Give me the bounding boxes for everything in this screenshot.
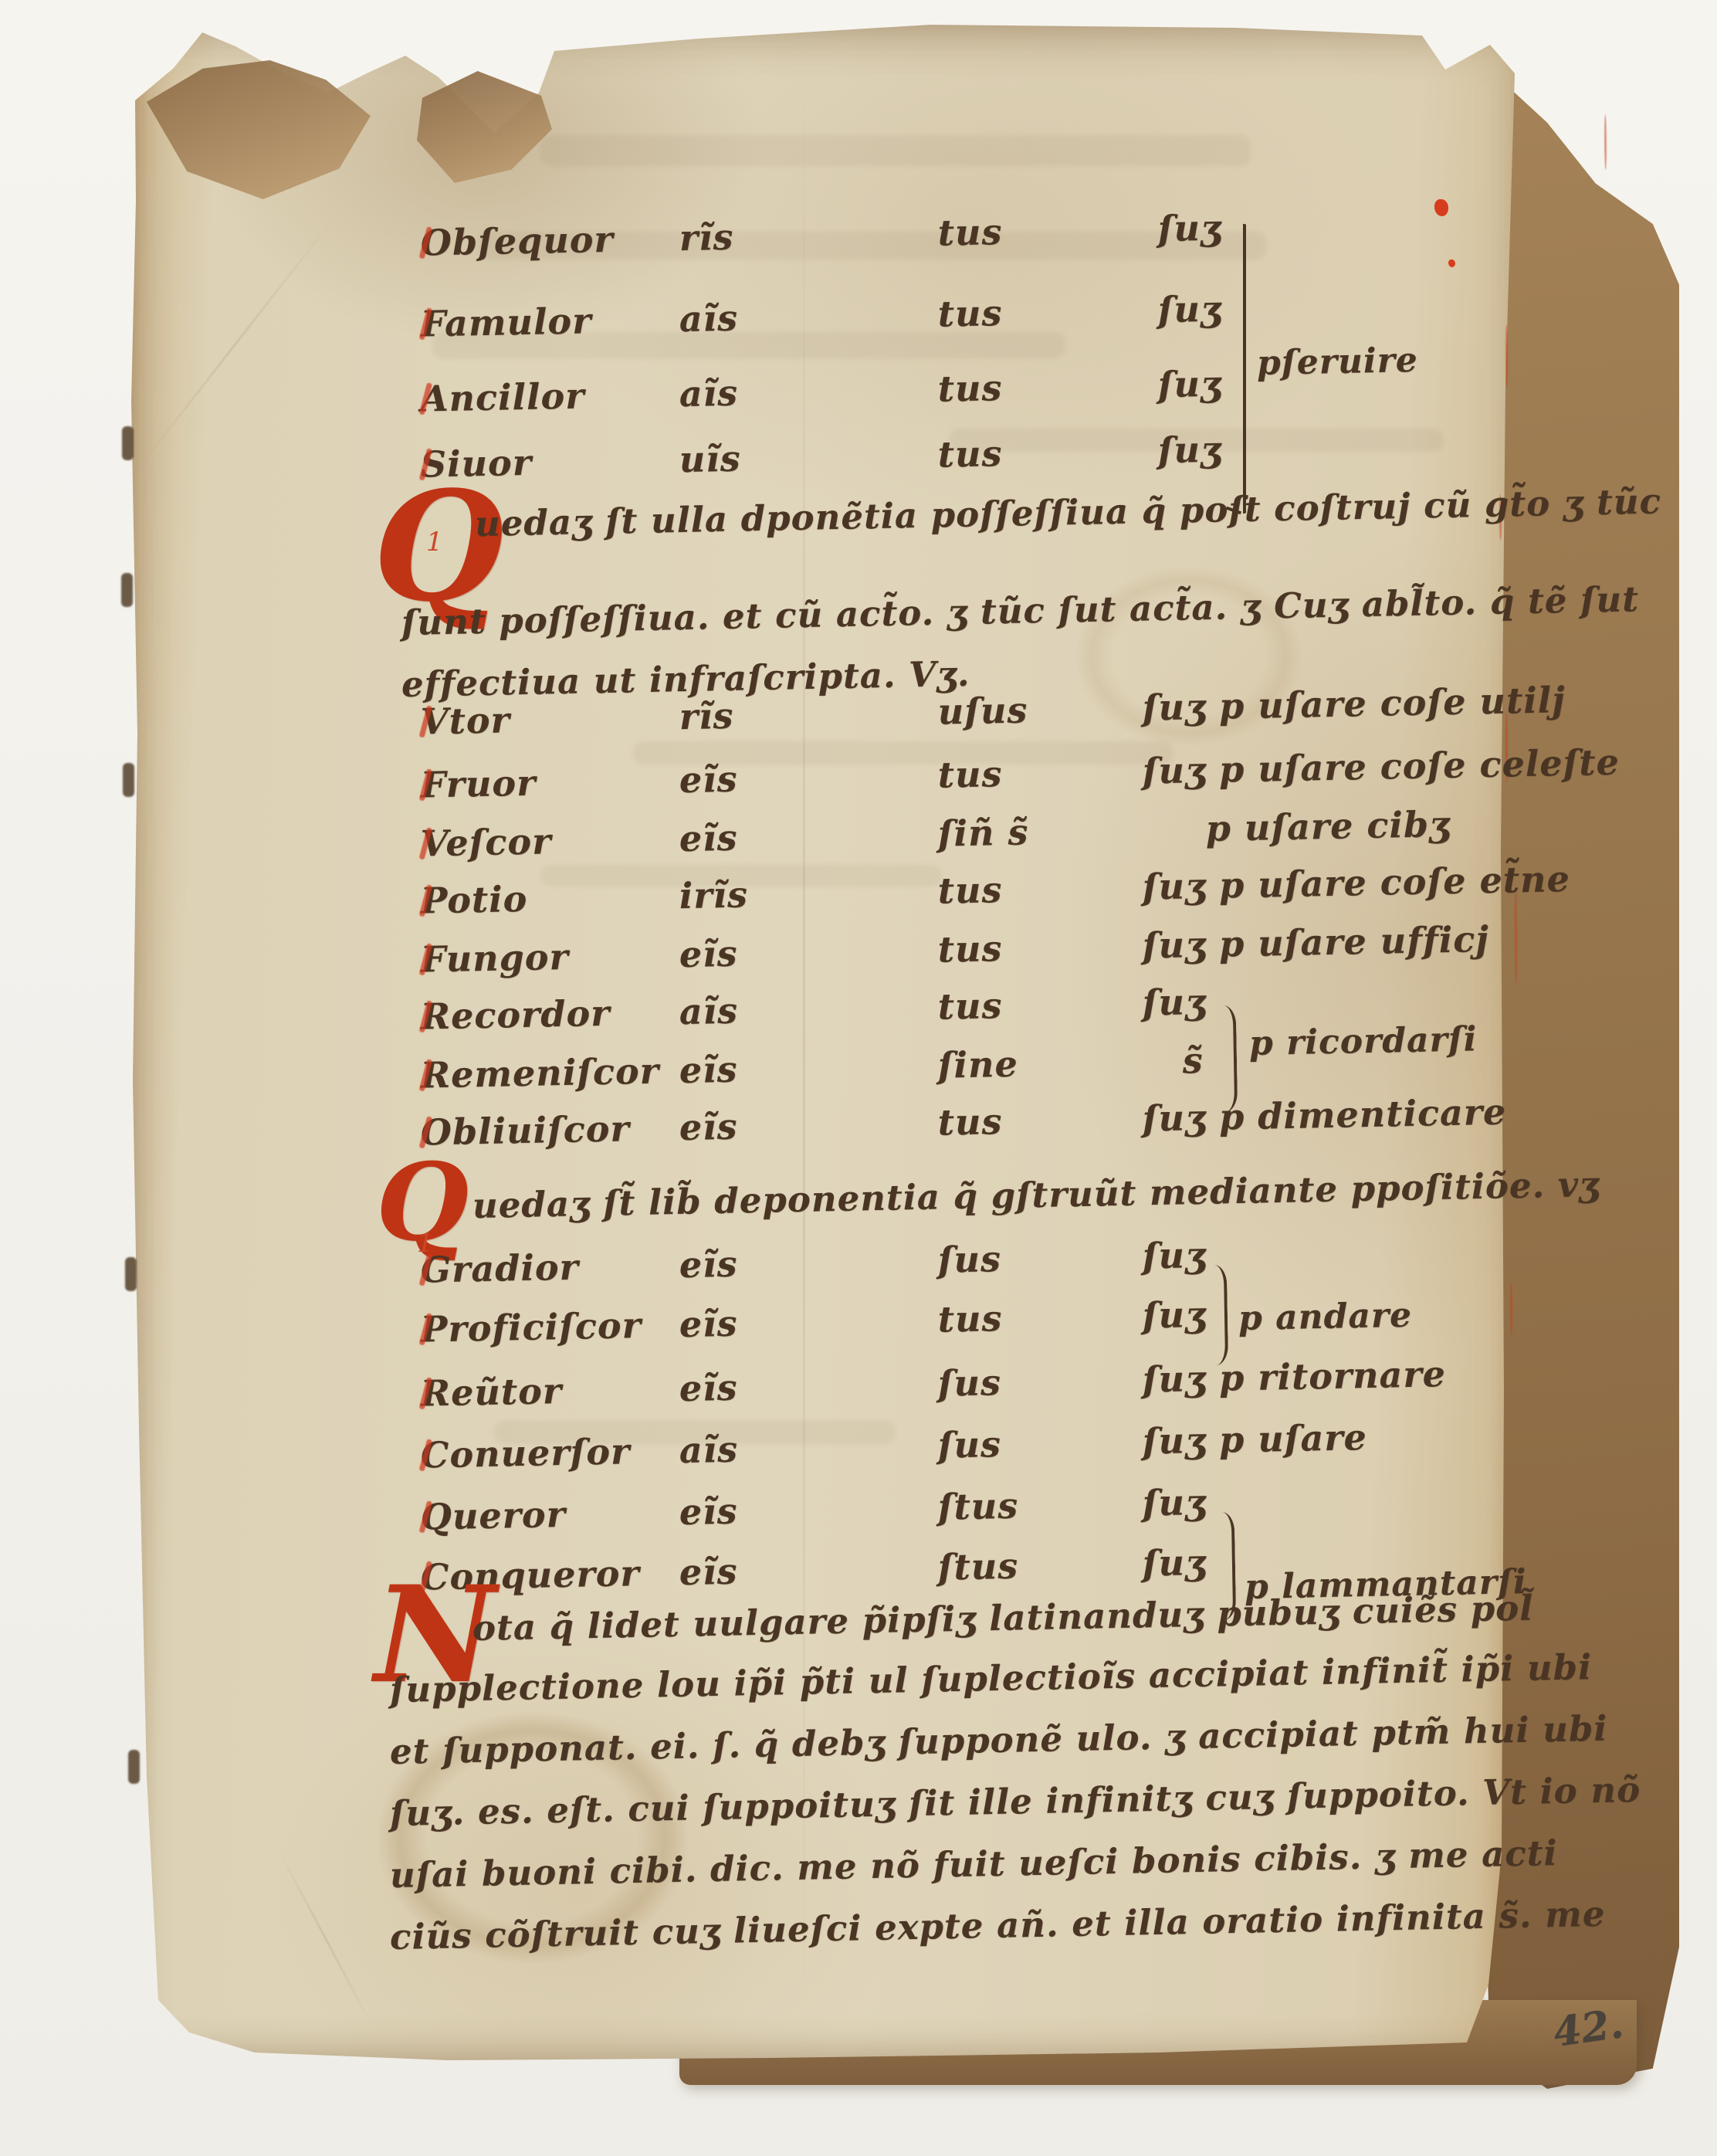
bracket-gloss: pſeruire [1257, 341, 1419, 383]
verb-cell: Famulor [420, 300, 591, 344]
red-margin-mark [1604, 114, 1607, 170]
supine-cell: ſus [937, 1238, 1001, 1281]
verb-cell: Fungor [420, 936, 569, 981]
bracket [1235, 224, 1246, 514]
verb-cell: Fruor [420, 762, 536, 806]
aux-cell: ſuʒ [1157, 207, 1221, 250]
supine-cell: ſus [937, 1361, 1001, 1405]
supine-cell: uſus [937, 689, 1028, 732]
supine-cell: tus [937, 432, 1003, 476]
ending-cell: uĩs [679, 438, 741, 481]
ending-cell: eĩs [679, 1551, 738, 1593]
gloss-cell: ſuʒ p uſare coſe utilj [1142, 679, 1566, 729]
ending-cell: eĩs [679, 817, 738, 859]
supine-cell: tus [937, 869, 1003, 912]
verb-cell: Remeniſcor [420, 1050, 659, 1097]
supine-cell: tus [937, 292, 1003, 335]
gloss-cell: ſuʒ p dimenticare [1142, 1091, 1507, 1140]
ending-cell: aĩs [679, 990, 738, 1032]
supine-cell: tus [937, 753, 1003, 796]
folio-number: 42. [1550, 2000, 1626, 2056]
showthrough [540, 135, 1251, 166]
aux-cell: ſuʒ [1157, 363, 1221, 406]
supine-cell: tus [937, 367, 1003, 410]
aux-cell: ſuʒ [1142, 1293, 1206, 1337]
guide-letter: 1 [426, 527, 443, 558]
supine-cell: ſtus [937, 1485, 1018, 1528]
aux-cell: ſuʒ [1157, 288, 1221, 331]
sewing-stub [128, 1750, 140, 1784]
verb-cell: Gradior [420, 1246, 579, 1291]
gloss-cell: p uſare cibʒ [1205, 803, 1450, 849]
ending-cell: aĩs [679, 1429, 738, 1471]
verb-cell: Queror [420, 1493, 566, 1538]
sewing-stub [121, 573, 133, 607]
ending-cell: rĩs [679, 216, 734, 259]
verb-cell: Conuerſor [420, 1430, 630, 1476]
ending-cell: aĩs [679, 297, 738, 340]
bracket-gloss: p andare [1238, 1296, 1413, 1338]
verb-cell: Potio [420, 878, 527, 922]
verb-cell: Recordor [420, 992, 611, 1038]
verb-cell: Ancillor [420, 375, 584, 419]
aux-cell: ſuʒ [1157, 429, 1221, 472]
verb-cell: Obſequor [420, 219, 614, 264]
aux-cell: ſuʒ [1142, 1481, 1206, 1524]
supine-cell: ſtus [937, 1545, 1018, 1588]
ending-cell: eĩs [679, 1303, 738, 1345]
water-stain [1042, 541, 1336, 772]
gloss-cell: ſuʒ p uſare ufficj [1142, 918, 1489, 967]
supine-cell: tus [937, 211, 1003, 254]
verb-cell: Veſcor [420, 820, 551, 864]
aux-cell: ſuʒ [1142, 1234, 1206, 1277]
gloss-cell: ſuʒ p uſare coſe celeſte [1142, 741, 1620, 792]
supine-cell: ſus [937, 1423, 1001, 1466]
verb-cell: Proficiſcor [420, 1304, 642, 1350]
ending-cell: eĩs [679, 1049, 738, 1091]
aux-cell: ſuʒ [1142, 1541, 1206, 1585]
ending-cell: rĩs [679, 695, 734, 737]
ending-cell: eĩs [679, 1367, 738, 1409]
ending-cell: eĩs [679, 1490, 738, 1533]
bracket [1210, 1265, 1228, 1365]
gloss-cell: ſuʒ p ritornare [1142, 1353, 1446, 1401]
aux-cell: s̃ [1182, 1039, 1204, 1082]
ending-cell: aĩs [679, 372, 738, 415]
verb-cell: Vtor [420, 699, 510, 742]
guide-letter: 1 [417, 1228, 434, 1259]
bracket [1219, 1005, 1238, 1112]
ending-cell: irĩs [679, 873, 748, 917]
ending-cell: eĩs [679, 933, 738, 975]
supine-cell: ſine [937, 1043, 1018, 1086]
gloss-cell: ſuʒ p uſare coſe et̃ne [1142, 858, 1570, 908]
ending-cell: eĩs [679, 1243, 738, 1286]
supine-cell: tus [937, 1100, 1003, 1144]
manuscript-photo: Obſequor rĩs tus ſuʒ Famulor aĩs tus ſuʒ… [0, 0, 1717, 2156]
supine-cell: tus [937, 1297, 1003, 1341]
red-ink-spot [1448, 259, 1455, 267]
ending-cell: eĩs [679, 758, 738, 801]
bracket-gloss: p ricordarſi [1249, 1019, 1478, 1063]
ending-cell: eĩs [679, 1106, 738, 1148]
gloss-cell: ſuʒ p uſare [1142, 1416, 1367, 1463]
verb-cell: Reũtor [420, 1370, 562, 1415]
aux-cell: ſuʒ [1142, 981, 1206, 1024]
supine-cell: ſiñ s̃ [937, 811, 1029, 854]
supine-cell: tus [937, 927, 1003, 971]
supine-cell: tus [937, 985, 1003, 1028]
